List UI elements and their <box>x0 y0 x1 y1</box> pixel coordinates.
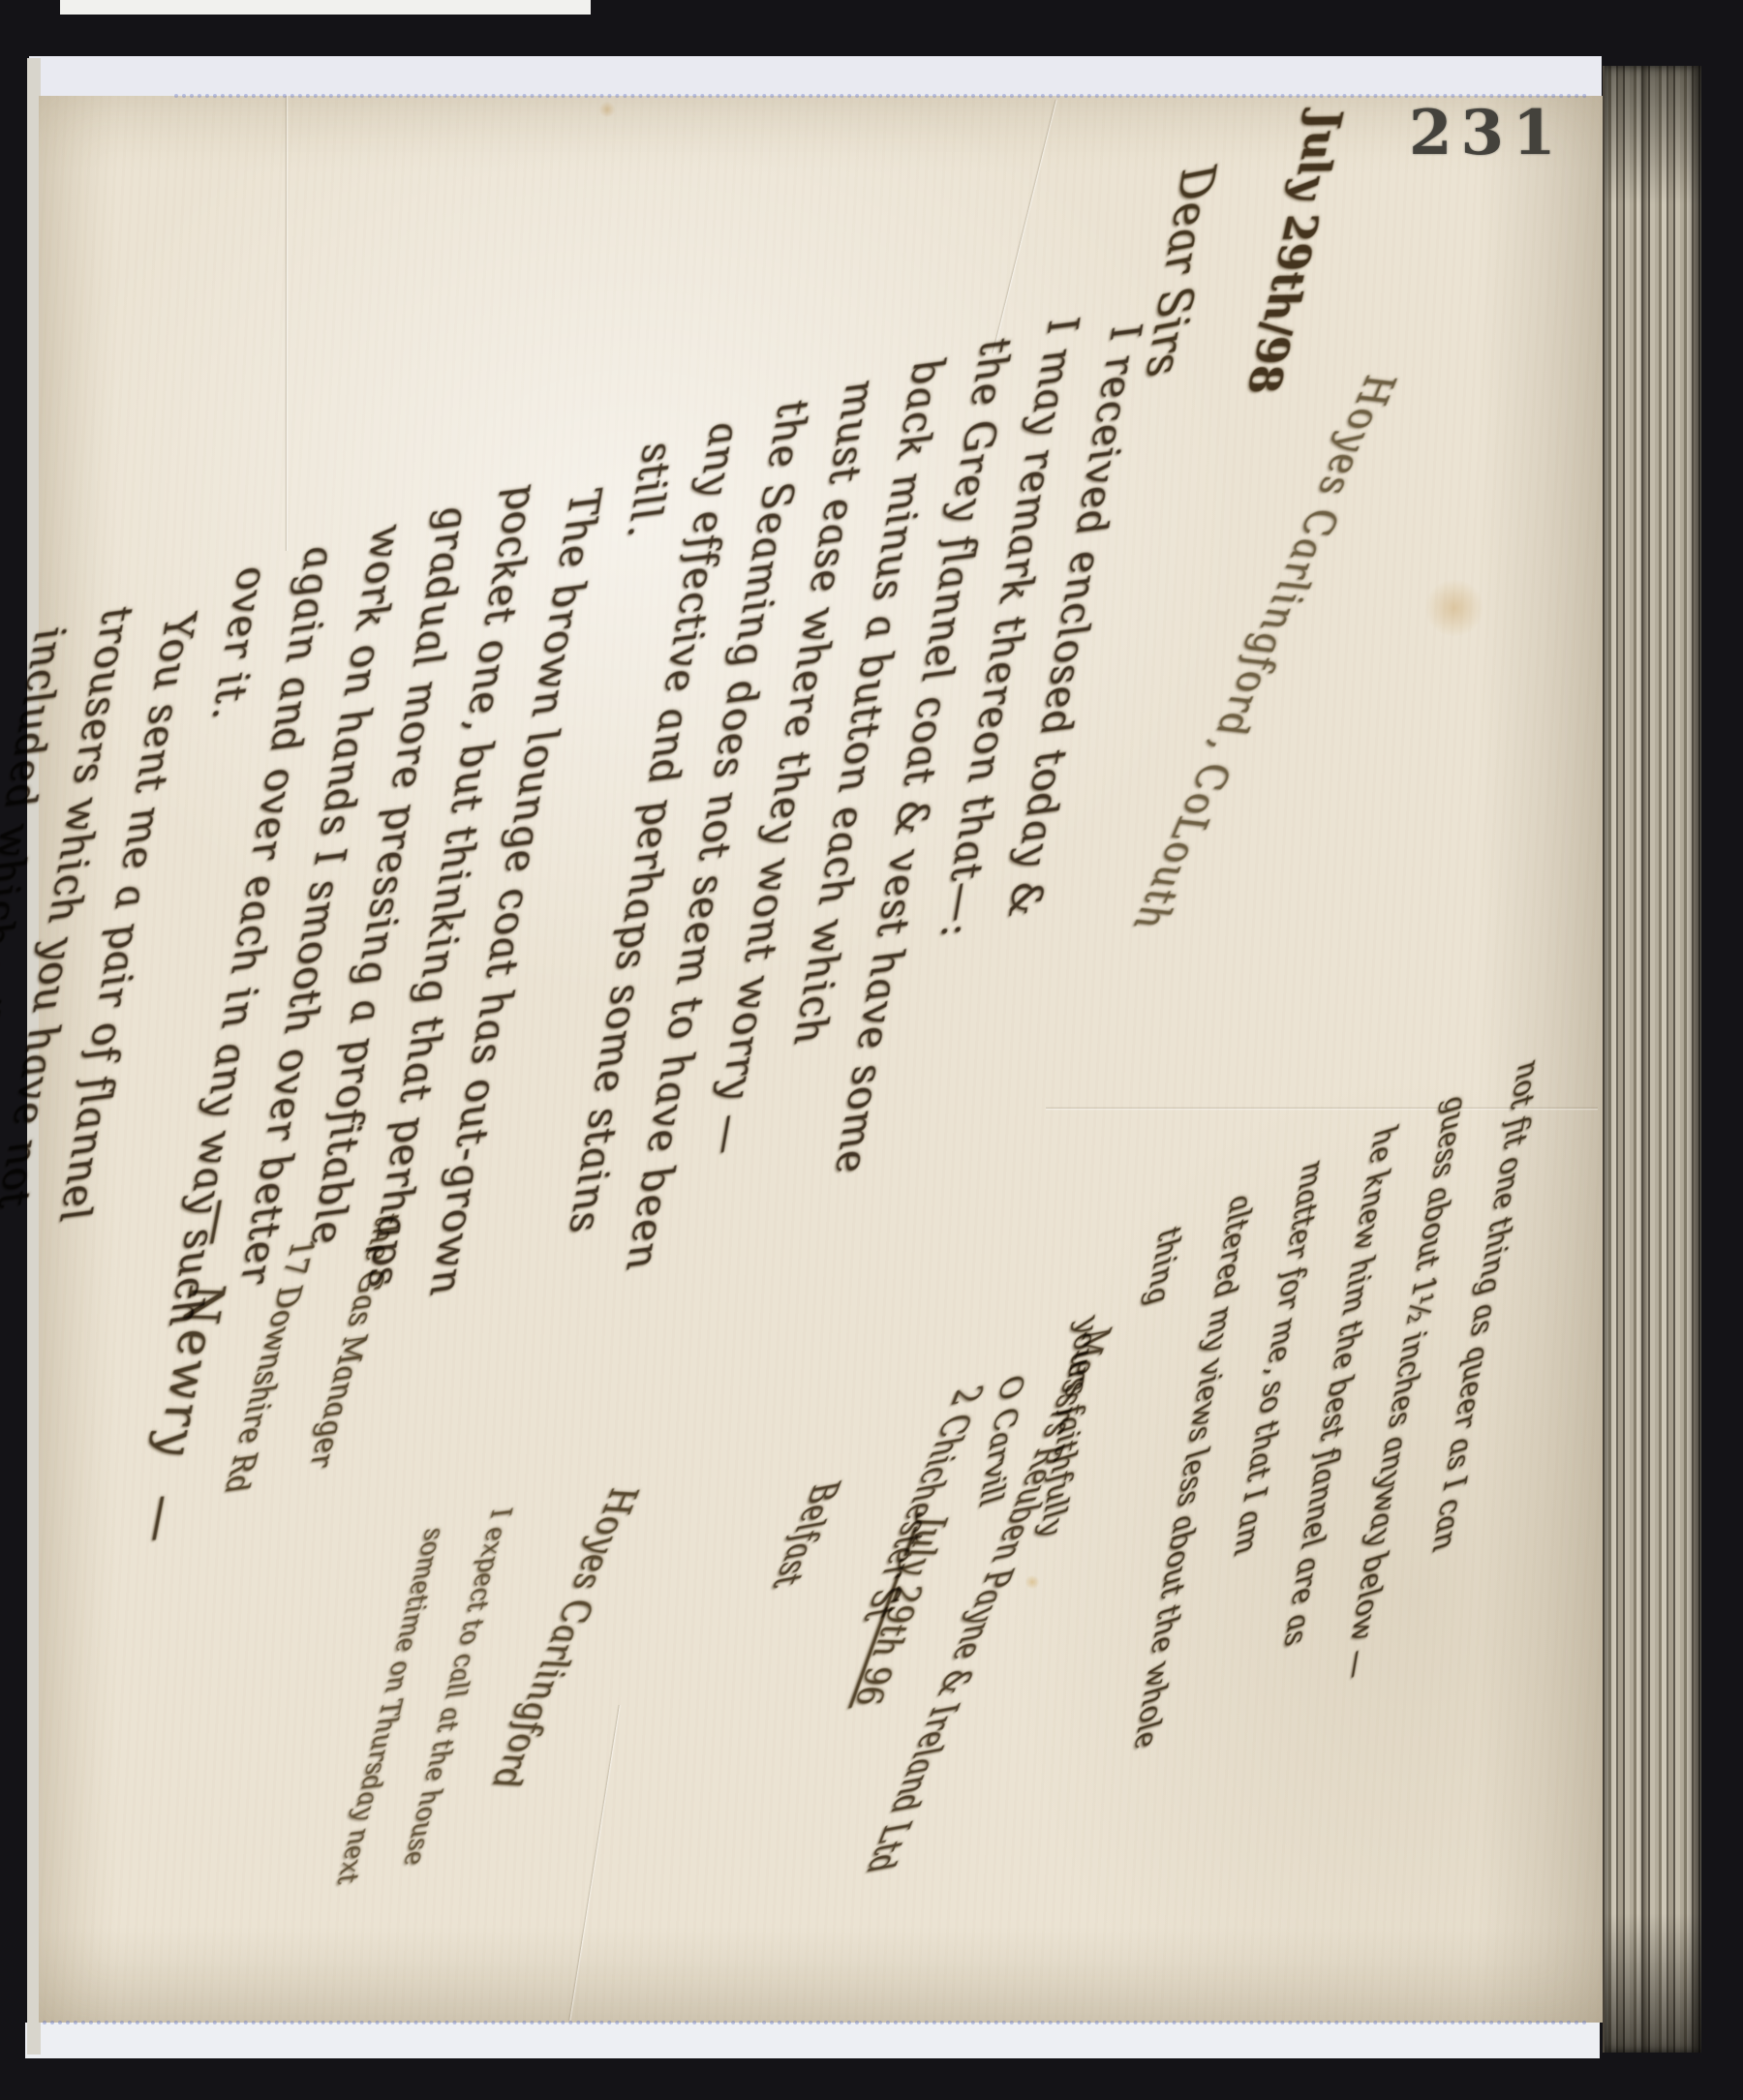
tissue-sheet-edge-top <box>29 56 1602 97</box>
paper-crease <box>991 100 1057 354</box>
tissue-sheet-edge-bottom <box>25 2023 1600 2058</box>
paper-crease <box>567 1705 622 2022</box>
tissue-rule-bottom <box>43 2021 1588 2024</box>
page-number: 231 <box>1409 97 1622 169</box>
tissue-rule-top <box>174 94 1588 98</box>
backing-sheet-sliver <box>60 0 591 15</box>
stain-spot <box>598 102 616 117</box>
book-fore-edge <box>1603 66 1701 2053</box>
paper-crease <box>285 96 289 551</box>
letterbook-photo: 231 July 29th/98 Hoyes Carlingford, CoLo… <box>0 0 1743 2100</box>
stain-spot <box>1423 580 1485 636</box>
